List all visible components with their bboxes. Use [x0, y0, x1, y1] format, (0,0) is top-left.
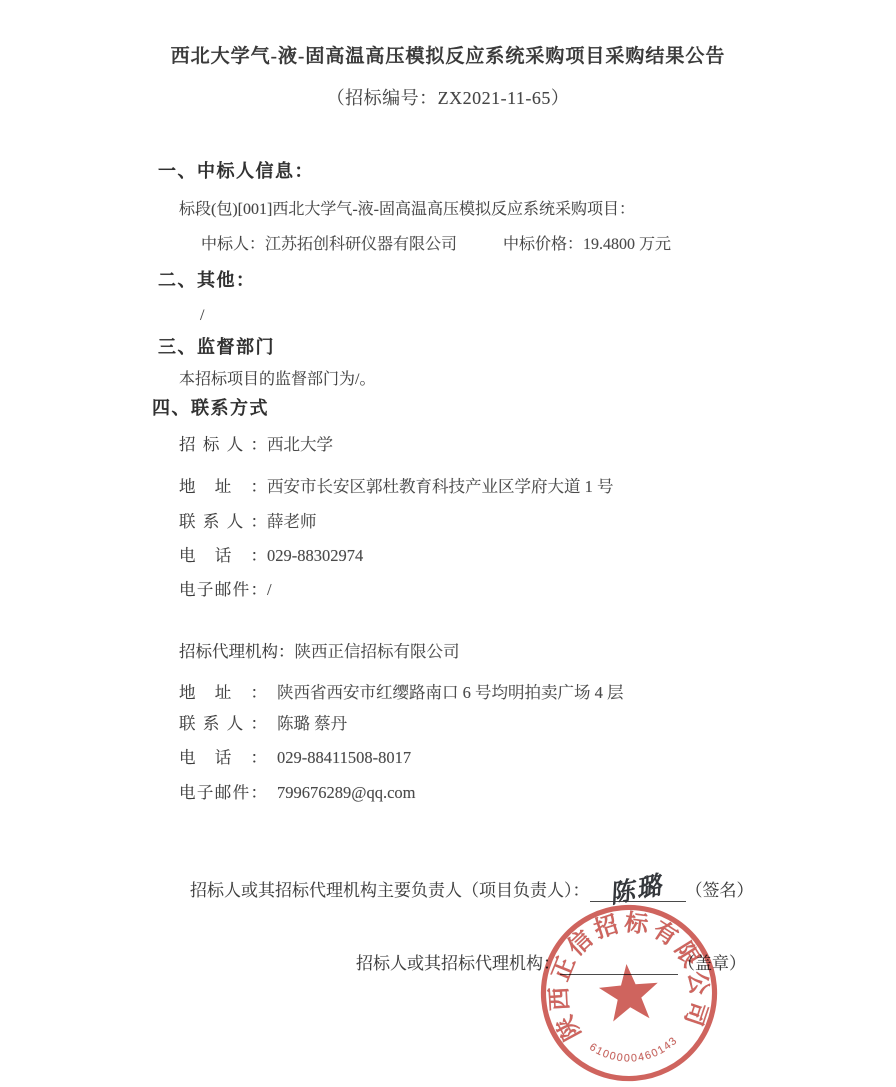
tender-number-line: （招标编号：ZX2021-11-65） — [0, 87, 896, 109]
tenderer-address-value: 西安市长安区郭杜教育科技产业区学府大道 1 号 — [267, 477, 614, 496]
agency-row-phone: 电话：029-88411508-8017 — [179, 747, 411, 769]
agency-person-label: 联系人： — [179, 713, 267, 735]
tenderer-row-contact-person: 联系人：薛老师 — [179, 511, 317, 533]
agency-phone-label: 电话： — [179, 747, 267, 769]
agency-address-label: 地址： — [179, 682, 267, 704]
section-winner-heading: 一、中标人信息： — [158, 160, 314, 182]
tenderer-person-label: 联系人： — [179, 511, 267, 533]
agency-name-label: 招标代理机构： — [179, 641, 295, 663]
tenderer-address-label: 地址： — [179, 476, 267, 498]
company-seal-stamp: 陕西正信招标有限公司 6100000460143 — [527, 891, 731, 1087]
document-page: 西北大学气-液-固高温高压模拟反应系统采购项目采购结果公告 （招标编号：ZX20… — [0, 0, 896, 1087]
section-other-heading: 二、其他： — [158, 269, 256, 291]
price-part: 中标价格：19.4800 万元 — [503, 236, 671, 253]
star-icon — [597, 961, 661, 1022]
winner-name: 江苏拓创科研仪器有限公司 — [265, 236, 457, 253]
document-title: 西北大学气-液-固高温高压模拟反应系统采购项目采购结果公告 — [0, 46, 896, 68]
seal-number-text-container: 6100000460143 — [586, 1034, 682, 1069]
agency-row-name: 招标代理机构：陕西正信招标有限公司 — [179, 641, 460, 663]
agency-row-address: 地址：陕西省西安市红缨路南口 6 号均明拍卖广场 4 层 — [179, 682, 624, 704]
tenderer-row-phone: 电话：029-88302974 — [179, 545, 363, 567]
tenderer-phone-value: 029-88302974 — [267, 546, 363, 565]
responsible-label: 招标人或其招标代理机构主要负责人（项目负责人）： — [190, 881, 590, 900]
winner-line: 中标人：江苏拓创科研仪器有限公司中标价格：19.4800 万元 — [201, 234, 671, 256]
tenderer-person-value: 薛老师 — [267, 512, 317, 531]
section-supervision-heading: 三、监督部门 — [158, 336, 275, 358]
section-contact-heading: 四、联系方式 — [152, 397, 269, 419]
agency-row-contact-person: 联系人：陈璐 蔡丹 — [179, 713, 347, 735]
price-value: 19.4800 万元 — [583, 236, 671, 253]
tenderer-name-value: 西北大学 — [267, 435, 333, 454]
agency-phone-value: 029-88411508-8017 — [277, 748, 411, 767]
tenderer-row-name: 招标人：西北大学 — [179, 434, 333, 456]
org-label: 招标人或其招标代理机构： — [356, 954, 560, 973]
agency-row-email: 电子邮件：799676289@qq.com — [179, 782, 415, 804]
lot-line: 标段(包)[001]西北大学气-液-固高温高压模拟反应系统采购项目： — [179, 199, 635, 221]
agency-name-value: 陕西正信招标有限公司 — [295, 642, 460, 661]
tenderer-name-label: 招标人： — [179, 434, 267, 456]
supervision-content: 本招标项目的监督部门为/。 — [179, 369, 375, 391]
tenderer-email-label: 电子邮件： — [179, 579, 267, 601]
agency-person-value: 陈璐 蔡丹 — [277, 714, 347, 733]
tenderer-row-address: 地址：西安市长安区郭杜教育科技产业区学府大道 1 号 — [179, 476, 614, 498]
agency-email-value: 799676289@qq.com — [277, 783, 415, 802]
tenderer-row-email: 电子邮件：/ — [179, 579, 272, 601]
winner-label: 中标人： — [201, 236, 265, 253]
tenderer-email-value: / — [267, 580, 272, 599]
tenderer-phone-label: 电话： — [179, 545, 267, 567]
agency-email-label: 电子邮件： — [179, 782, 267, 804]
price-label: 中标价格： — [503, 236, 583, 253]
agency-address-value: 陕西省西安市红缨路南口 6 号均明拍卖广场 4 层 — [277, 683, 624, 702]
other-content: / — [200, 305, 204, 327]
seal-number-text: 6100000460143 — [586, 1034, 682, 1069]
